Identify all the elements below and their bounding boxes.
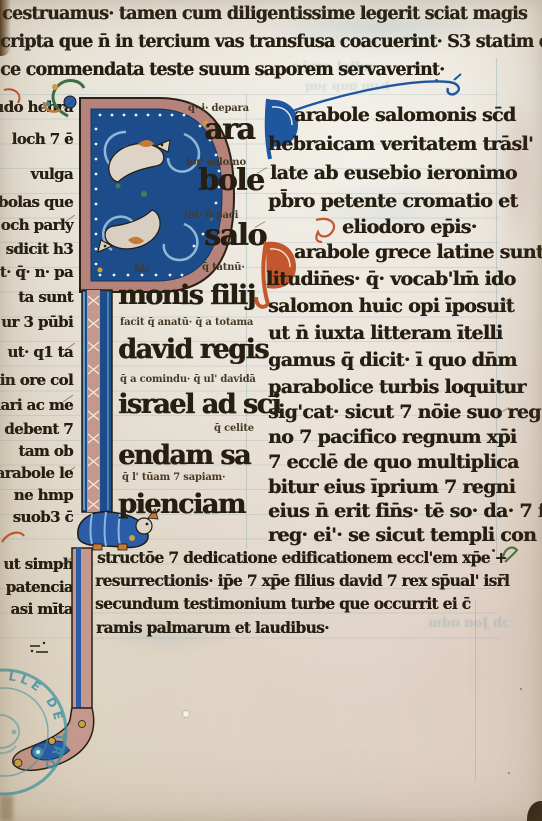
bottom-gloss-line: resurrectionis· ip̄e 7 xp̄e filius david… bbox=[95, 571, 509, 590]
interlinear-gloss: q̄ celite bbox=[214, 423, 254, 434]
prologue2-line: parabolice turbis loquitur bbox=[268, 376, 526, 398]
prologue2-line: no 7 pacifico regnum xp̄i bbox=[268, 426, 516, 448]
prologue-line: cestruamus· tamen cum diligentissime leg… bbox=[2, 4, 527, 24]
bottom-gloss-line: secundum testimonium turbe que occurrit … bbox=[95, 594, 470, 613]
prologue1-line: hebraicam veritatem trāsl' bbox=[268, 133, 533, 155]
incipit-line: pienciam bbox=[118, 489, 245, 520]
prologue2-line: 7 ecclē de quo multiplica bbox=[268, 451, 519, 473]
bottom-gloss-line: ramis palmarum et laudibus· bbox=[96, 618, 329, 637]
prologue1-line: arabole salomonis sc̄d bbox=[294, 104, 515, 126]
library-stamp: LLE DE TRO bbox=[0, 652, 86, 812]
incipit-line: ara bbox=[204, 112, 254, 147]
ink-speck bbox=[492, 549, 495, 552]
interlinear-gloss: q̄· i· depara bbox=[188, 103, 249, 114]
prologue2-line: eius n̄ erit fin̄s· tē so· da· 7 fr̄· bbox=[268, 500, 542, 522]
prologue2-line: gamus q̄ dicit· ī quo dn̄m bbox=[268, 349, 517, 371]
interlinear-gloss: q̄ a comindu· q̄ ul' davidā bbox=[120, 374, 256, 385]
ink-dot bbox=[435, 79, 438, 82]
manuscript-page: ɑdjol ɑmēq bɹm ɑup ʇɑq ɔb Joɑ ɑdɯ cestru… bbox=[0, 0, 542, 821]
prologue2-line: arabole grece latine sunt bbox=[294, 241, 542, 263]
corner-shadow bbox=[527, 801, 542, 821]
incipit-line: endam sa bbox=[118, 440, 250, 471]
incipit-line: monis filij bbox=[118, 280, 255, 311]
incipit-line: bole bbox=[198, 163, 263, 198]
initial-stem bbox=[82, 290, 112, 512]
bottom-gloss-line: structōe 7 dedicatione edificationem ecc… bbox=[97, 548, 507, 567]
prologue2-line: ut n̄ iuxta litteram ītelli bbox=[268, 322, 502, 344]
interlinear-gloss: int· q̄ paci bbox=[184, 210, 238, 221]
incipit-line: israel ad sci bbox=[118, 389, 280, 420]
bleed-through-text: ɔb Joɑ ɑdɯ bbox=[428, 616, 510, 631]
interlinear-gloss: hic bbox=[134, 264, 151, 275]
prologue-line: cripta que n̄ in tercium vas transfusa c… bbox=[0, 32, 542, 52]
prologue2-line: reg· ei'· se sicut templi con bbox=[268, 524, 536, 546]
prologue2-line: litudin̄es· q̄· vocab'lm̄ ido bbox=[266, 268, 515, 290]
red-flourish bbox=[310, 214, 344, 244]
prologue1-line: eliodoro ep̄is· bbox=[342, 216, 477, 238]
interlinear-gloss: q̄ l' tūam 7 sapiam· bbox=[122, 472, 225, 483]
prologue1-line: late ab eusebio ieronimo bbox=[270, 162, 517, 184]
prologue1-line: pb̄ro petente cromatio et bbox=[268, 190, 517, 212]
prologue2-line: bitur eius īprium 7 regni bbox=[268, 476, 515, 498]
incipit-line: david regis bbox=[118, 334, 268, 365]
parchment-hole bbox=[182, 710, 190, 718]
prologue2-line: salomon huic opi īposuit bbox=[268, 295, 514, 317]
interlinear-gloss: q̄ tatnū· bbox=[202, 262, 245, 273]
green-pen-mark bbox=[500, 542, 520, 564]
interlinear-gloss: facit q̄ anatū· q̄ a totama bbox=[120, 317, 253, 328]
interlinear-gloss: lor' salomo bbox=[186, 157, 246, 168]
ink-speck bbox=[520, 688, 522, 690]
ink-speck bbox=[508, 772, 510, 774]
initial-top-ornament bbox=[44, 81, 84, 116]
